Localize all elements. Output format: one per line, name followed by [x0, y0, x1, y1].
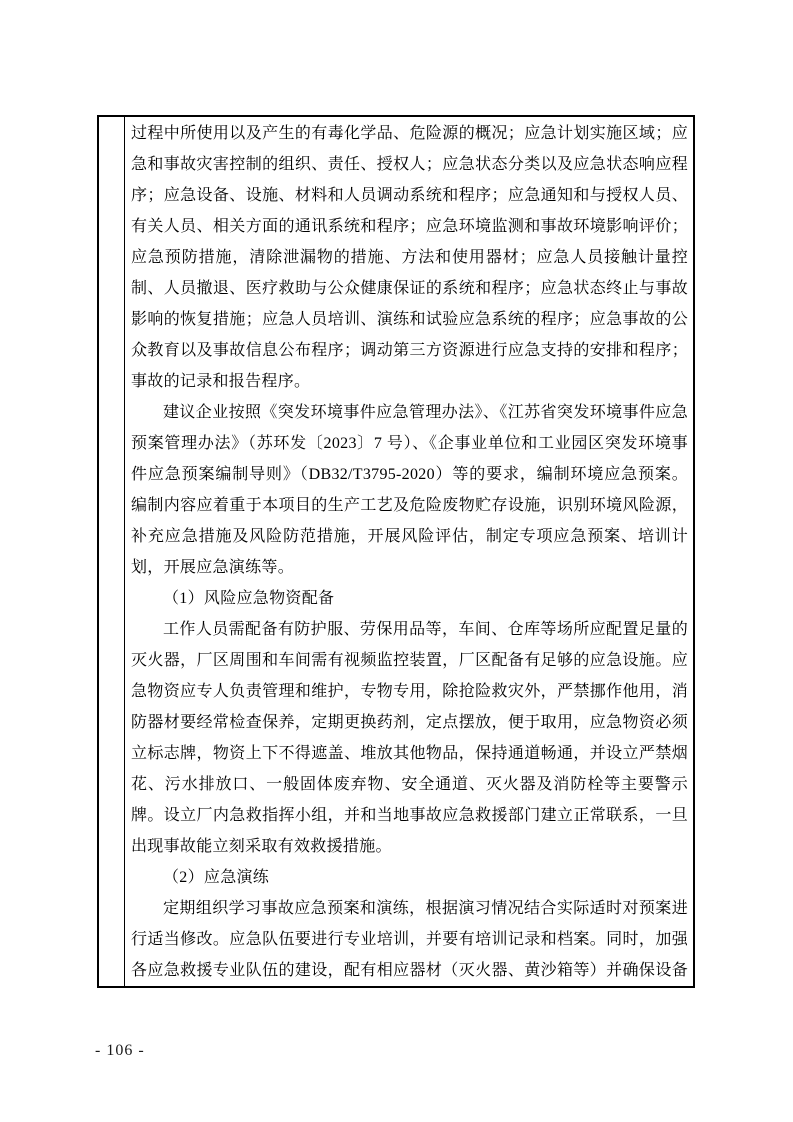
table-content-cell: 过程中所使用以及产生的有毒化学品、危险源的概况；应急计划实施区域；应急和事故灾害… — [125, 117, 693, 986]
paragraph-emergency-supplies-details: 工作人员需配备有防护服、劳保用品等，车间、仓库等场所应配置足量的灭火器，厂区周围… — [131, 614, 688, 862]
page-number: - 106 - — [95, 1040, 145, 1062]
document-page: 过程中所使用以及产生的有毒化学品、危险源的概况；应急计划实施区域；应急和事故灾害… — [0, 0, 793, 1122]
paragraph-continuation-emergency-plan-contents: 过程中所使用以及产生的有毒化学品、危险源的概况；应急计划实施区域；应急和事故灾害… — [131, 118, 688, 397]
heading-risk-emergency-supplies: （1）风险应急物资配备 — [131, 583, 688, 614]
paragraph-plan-compilation-recommendation: 建议企业按照《突发环境事件应急管理办法》、《江苏省突发环境事件应急预案管理办法》… — [131, 397, 688, 583]
heading-emergency-drill: （2）应急演练 — [131, 862, 688, 893]
paragraph-emergency-drill-details: 定期组织学习事故应急预案和演练，根据演习情况结合实际适时对预案进行适当修改。应急… — [131, 893, 688, 986]
content-table: 过程中所使用以及产生的有毒化学品、危险源的概况；应急计划实施区域；应急和事故灾害… — [97, 115, 695, 988]
table-left-empty-cell — [99, 117, 125, 986]
